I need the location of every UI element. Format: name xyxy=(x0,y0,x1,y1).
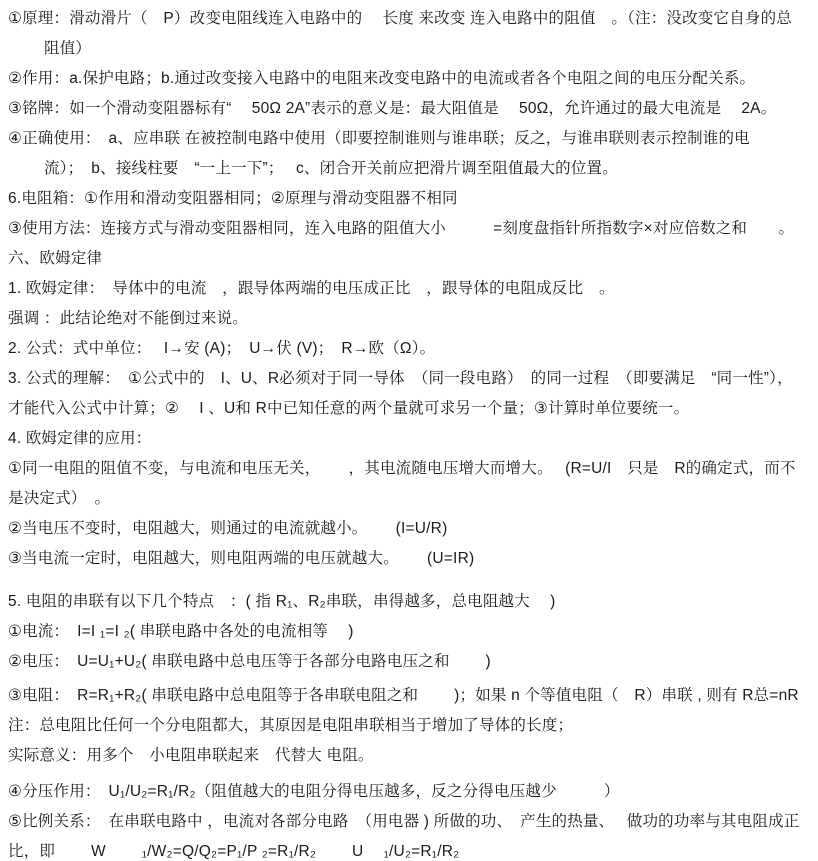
text-line: 6.电阻箱：①作用和滑动变阻器相同；②原理与滑动变阻器不相同 xyxy=(8,184,812,214)
document-page: ①原理：滑动滑片（ P）改变电阻线连入电路中的 长度 来改变 连入电路中的阻值 … xyxy=(0,0,818,861)
text-line: ③当电流一定时，电阻越大，则电阻两端的电压就越大。 (U=IR) xyxy=(8,544,812,574)
text-line: ③铭牌：如一个滑动变阻器标有“ 50Ω 2A”表示的意义是：最大阻值是 50Ω，… xyxy=(8,94,812,124)
text-line: 强调 ：此结论绝对不能倒过来说。 xyxy=(8,304,812,334)
text-line: ④分压作用： U₁/U₂=R₁/R₂（阻值越大的电阻分得电压越多，反之分得电压越… xyxy=(8,777,812,807)
text-line: ①电流： I=I ₁=I ₂( 串联电路中各处的电流相等 ) xyxy=(8,617,812,647)
text-line: ②电压： U=U₁+U₂( 串联电路中总电压等于各部分电路电压之和 ) xyxy=(8,647,812,677)
text-line: 2. 公式：式中单位： I→安 (A)； U→伏 (V)； R→欧（Ω）。 xyxy=(8,334,812,364)
text-line: ③使用方法：连接方式与滑动变阻器相同，连入电路的阻值大小 =刻度盘指针所指数字×… xyxy=(8,214,812,244)
text-line: 实际意义：用多个 小电阻串联起来 代替大 电阻。 xyxy=(8,741,812,771)
text-line: 阻值） xyxy=(8,34,812,64)
text-line: ②当电压不变时，电阻越大，则通过的电流就越小。 (I=U/R) xyxy=(8,514,812,544)
text-line: 比，即 W ₁/W₂=Q/Q₂=P₁/P ₂=R₁/R₂ U ₁/U₂=R₁/R… xyxy=(8,837,812,861)
text-line: ①同一电阻的阻值不变，与电流和电压无关， ，其电流随电压增大而增大。 (R=U/… xyxy=(8,454,812,484)
text-line: ②作用：a.保护电路；b.通过改变接入电路中的电阻来改变电路中的电流或者各个电阻… xyxy=(8,64,812,94)
text-line: 1. 欧姆定律： 导体中的电流 ，跟导体两端的电压成正比 ，跟导体的电阻成反比 … xyxy=(8,274,812,304)
text-line: ⑤比例关系： 在串联电路中 ，电流对各部分电路 （用电器 ) 所做的功、 产生的… xyxy=(8,807,812,837)
text-line: 5. 电阻的串联有以下几个特点 ：( 指 R₁、R₂串联，串得越多，总电阻越大 … xyxy=(8,587,812,617)
text-line: 流）； b、接线柱要 “一上一下”； c、闭合开关前应把滑片调至阻值最大的位置。 xyxy=(8,154,812,184)
text-line: ③电阻： R=R₁+R₂( 串联电路中总电阻等于各串联电阻之和 )；如果 n 个… xyxy=(8,681,812,711)
text-line: 3. 公式的理解： ①公式中的 I、U、R必须对于同一导体 （同一段电路） 的同… xyxy=(8,364,812,394)
section-heading: 六、欧姆定律 xyxy=(8,244,812,274)
text-line: ①原理：滑动滑片（ P）改变电阻线连入电路中的 长度 来改变 连入电路中的阻值 … xyxy=(8,4,812,34)
text-line: 才能代入公式中计算；② I 、U和 R中已知任意的两个量就可求另一个量；③计算时… xyxy=(8,394,812,424)
text-line: 是决定式） 。 xyxy=(8,484,812,514)
text-line: ④正确使用： a、应串联 在被控制电路中使用（即要控制谁则与谁串联；反之，与谁串… xyxy=(8,124,812,154)
text-line: 4. 欧姆定律的应用： xyxy=(8,424,812,454)
text-line: 注：总电阻比任何一个分电阻都大，其原因是电阻串联相当于增加了导体的长度； xyxy=(8,711,812,741)
